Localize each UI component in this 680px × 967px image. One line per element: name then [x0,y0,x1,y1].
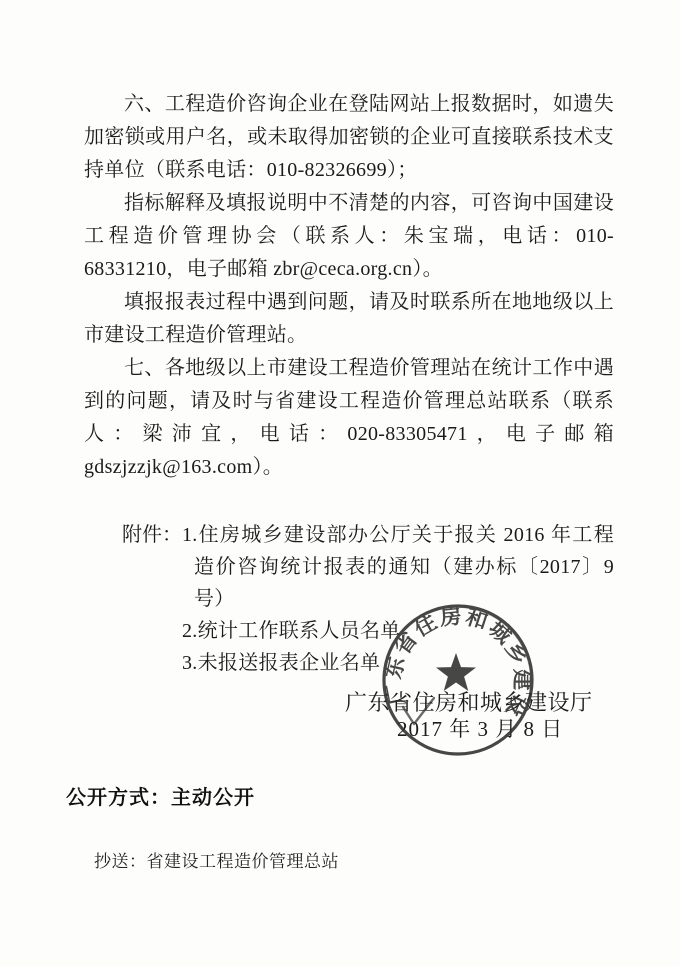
publicity-note: 公开方式：主动公开 [66,781,255,810]
cc-note: 抄送：省建设工程造价管理总站 [94,847,339,872]
body-paragraph-notes-1: 指标解释及填报说明中不清楚的内容，可咨询中国建设工程造价管理协会（联系人：朱宝瑞… [84,187,614,286]
attachment-item: 2.统计工作联系人员名单 [182,615,614,647]
body-paragraph-notes-2: 填报报表过程中遇到问题，请及时联系所在地地级以上市建设工程造价管理站。 [84,286,614,352]
document-page: 六、工程造价咨询企业在登陆网站上报数据时，如遗失加密锁或用户名，或未取得加密锁的… [0,0,680,967]
attachments-block: 附件： 1.住房城乡建设部办公厅关于报关 2016 年工程造价咨询统计报表的通知… [84,519,614,679]
body-paragraph-6: 六、工程造价咨询企业在登陆网站上报数据时，如遗失加密锁或用户名，或未取得加密锁的… [84,88,614,187]
body-paragraph-7: 七、各地级以上市建设工程造价管理站在统计工作中遇到的问题，请及时与省建设工程造价… [84,352,614,484]
document-body: 六、工程造价咨询企业在登陆网站上报数据时，如遗失加密锁或用户名，或未取得加密锁的… [84,88,614,679]
attachment-item: 3.未报送报表企业名单 [182,647,614,679]
attachments-list: 1.住房城乡建设部办公厅关于报关 2016 年工程造价咨询统计报表的通知（建办标… [182,519,614,679]
signature-date: 2017 年 3 月 8 日 [397,713,563,743]
attachments-label: 附件： [122,519,182,551]
attachment-item: 1.住房城乡建设部办公厅关于报关 2016 年工程造价咨询统计报表的通知（建办标… [182,519,614,615]
